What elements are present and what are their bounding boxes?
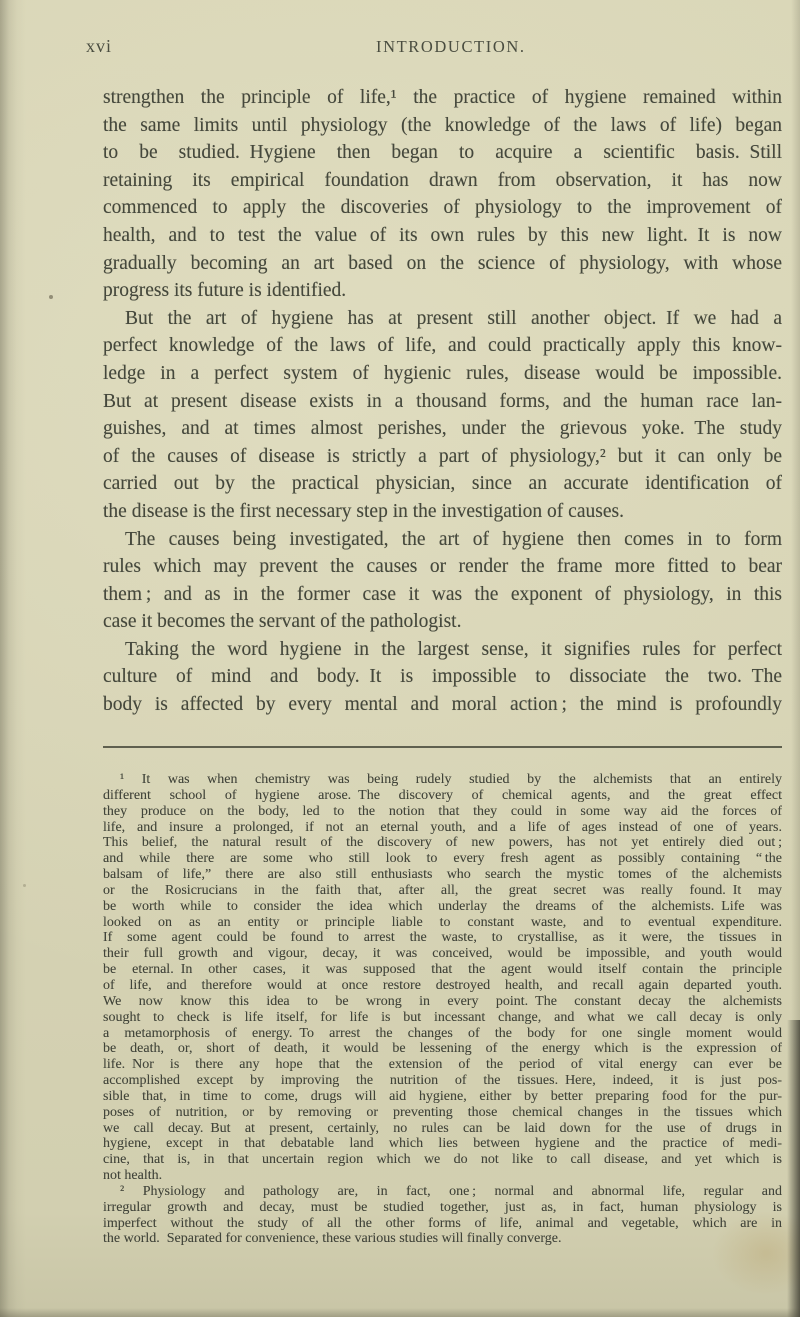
page-edge-right-dark xyxy=(787,1020,800,1317)
text-line: or the Rosicrucians in the faith that, a… xyxy=(103,883,782,899)
text-line: be death, or, short of death, it would b… xyxy=(103,1041,782,1057)
page-edge-right xyxy=(791,0,800,1020)
text-line: ¹ It was when chemistry was being rudely… xyxy=(103,772,782,788)
paragraph: The causes being investigated, the art o… xyxy=(103,526,782,636)
paragraph: But the art of hygiene has at present st… xyxy=(103,305,782,526)
page-number: xvi xyxy=(86,36,112,57)
text-line: rules which may prevent the causes or re… xyxy=(103,553,782,581)
text-line: But at present disease exists in a thous… xyxy=(103,388,782,416)
text-line: be eternal. In other cases, it was suppo… xyxy=(103,962,782,978)
text-line: body is affected by every mental and mor… xyxy=(103,691,782,719)
text-line: life. Nor is there any hope that the ext… xyxy=(103,1057,782,1073)
running-header: xvi INTRODUCTION. xyxy=(0,36,800,58)
text-line: Taking the word hygiene in the largest s… xyxy=(103,636,782,664)
footnote-2: ² Physiology and pathology are, in fact,… xyxy=(103,1184,782,1247)
paper-speck xyxy=(49,295,53,299)
text-line: imperfect without the study of all the o… xyxy=(103,1216,782,1232)
text-line: ² Physiology and pathology are, in fact,… xyxy=(103,1184,782,1200)
text-line: The causes being investigated, the art o… xyxy=(103,526,782,554)
text-line: a metamorphosis of energy. To arrest the… xyxy=(103,1026,782,1042)
paper-speck xyxy=(23,884,26,887)
text-line: This belief, the natural result of the d… xyxy=(103,835,782,851)
text-line: retaining its empirical foundation drawn… xyxy=(103,167,782,195)
text-line: be worth while to consider the idea whic… xyxy=(103,899,782,915)
text-line: ledge in a perfect system of hygienic ru… xyxy=(103,360,782,388)
page-edge-left xyxy=(0,0,26,1317)
text-line: accomplished except by improving the nut… xyxy=(103,1073,782,1089)
text-line: But the art of hygiene has at present st… xyxy=(103,305,782,333)
paragraph: Taking the word hygiene in the largest s… xyxy=(103,636,782,719)
page-edge-bottom xyxy=(0,1308,800,1317)
text-line: not health. xyxy=(103,1168,782,1184)
text-line: gradually becoming an art based on the s… xyxy=(103,250,782,278)
text-line: hygiene, except in that debatable land w… xyxy=(103,1136,782,1152)
text-line: sible that, in time to come, drugs will … xyxy=(103,1089,782,1105)
text-line: sought to check is life itself, for life… xyxy=(103,1010,782,1026)
text-line: culture of mind and body. It is impossib… xyxy=(103,663,782,691)
footnotes: ¹ It was when chemistry was being rudely… xyxy=(103,772,782,1247)
text-line: strengthen the principle of life,¹ the p… xyxy=(103,84,782,112)
text-line: them ; and as in the former case it was … xyxy=(103,581,782,609)
text-line: If some agent could be found to arrest t… xyxy=(103,930,782,946)
text-line: we call decay. But at present, certainly… xyxy=(103,1121,782,1137)
text-line: the world. Separated for convenience, th… xyxy=(103,1231,782,1247)
text-line: guishes, and at times almost perishes, u… xyxy=(103,415,782,443)
text-line: commenced to apply the discoveries of ph… xyxy=(103,194,782,222)
footnote-1: ¹ It was when chemistry was being rudely… xyxy=(103,772,782,1184)
book-page-scan: xvi INTRODUCTION. strengthen the princip… xyxy=(0,0,800,1317)
text-line: case it becomes the servant of the patho… xyxy=(103,608,782,636)
text-line: poses of nutrition, or by removing or pr… xyxy=(103,1105,782,1121)
text-line: perfect knowledge of the laws of life, a… xyxy=(103,332,782,360)
paragraph: strengthen the principle of life,¹ the p… xyxy=(103,84,782,305)
text-line: to be studied. Hygiene then began to acq… xyxy=(103,139,782,167)
text-line: carried out by the practical physician, … xyxy=(103,470,782,498)
running-header-title: INTRODUCTION. xyxy=(376,37,526,57)
text-line: progress its future is identified. xyxy=(103,277,782,305)
text-line: different school of hygiene arose. The d… xyxy=(103,788,782,804)
text-line: life, and insure a prolonged, if not an … xyxy=(103,820,782,836)
footnote-rule xyxy=(103,746,782,748)
text-line: the disease is the first necessary step … xyxy=(103,498,782,526)
text-line: cine, that is, in that uncertain region … xyxy=(103,1152,782,1168)
text-line: health, and to test the value of its own… xyxy=(103,222,782,250)
text-line: and while there are some who still look … xyxy=(103,851,782,867)
text-line: looked on as an entity or principle liab… xyxy=(103,915,782,931)
text-line: they produce on the body, led to the not… xyxy=(103,804,782,820)
text-line: irregular growth and decay, must be stud… xyxy=(103,1200,782,1216)
text-line: the same limits until physiology (the kn… xyxy=(103,112,782,140)
text-line: balsam of life,” there are also still en… xyxy=(103,867,782,883)
text-line: of life, and therefore would at once res… xyxy=(103,978,782,994)
text-line: of the causes of disease is strictly a p… xyxy=(103,443,782,471)
body-text: strengthen the principle of life,¹ the p… xyxy=(103,84,782,719)
text-line: their full growth and vigour, decay, it … xyxy=(103,946,782,962)
text-line: We now know this idea to be wrong in eve… xyxy=(103,994,782,1010)
